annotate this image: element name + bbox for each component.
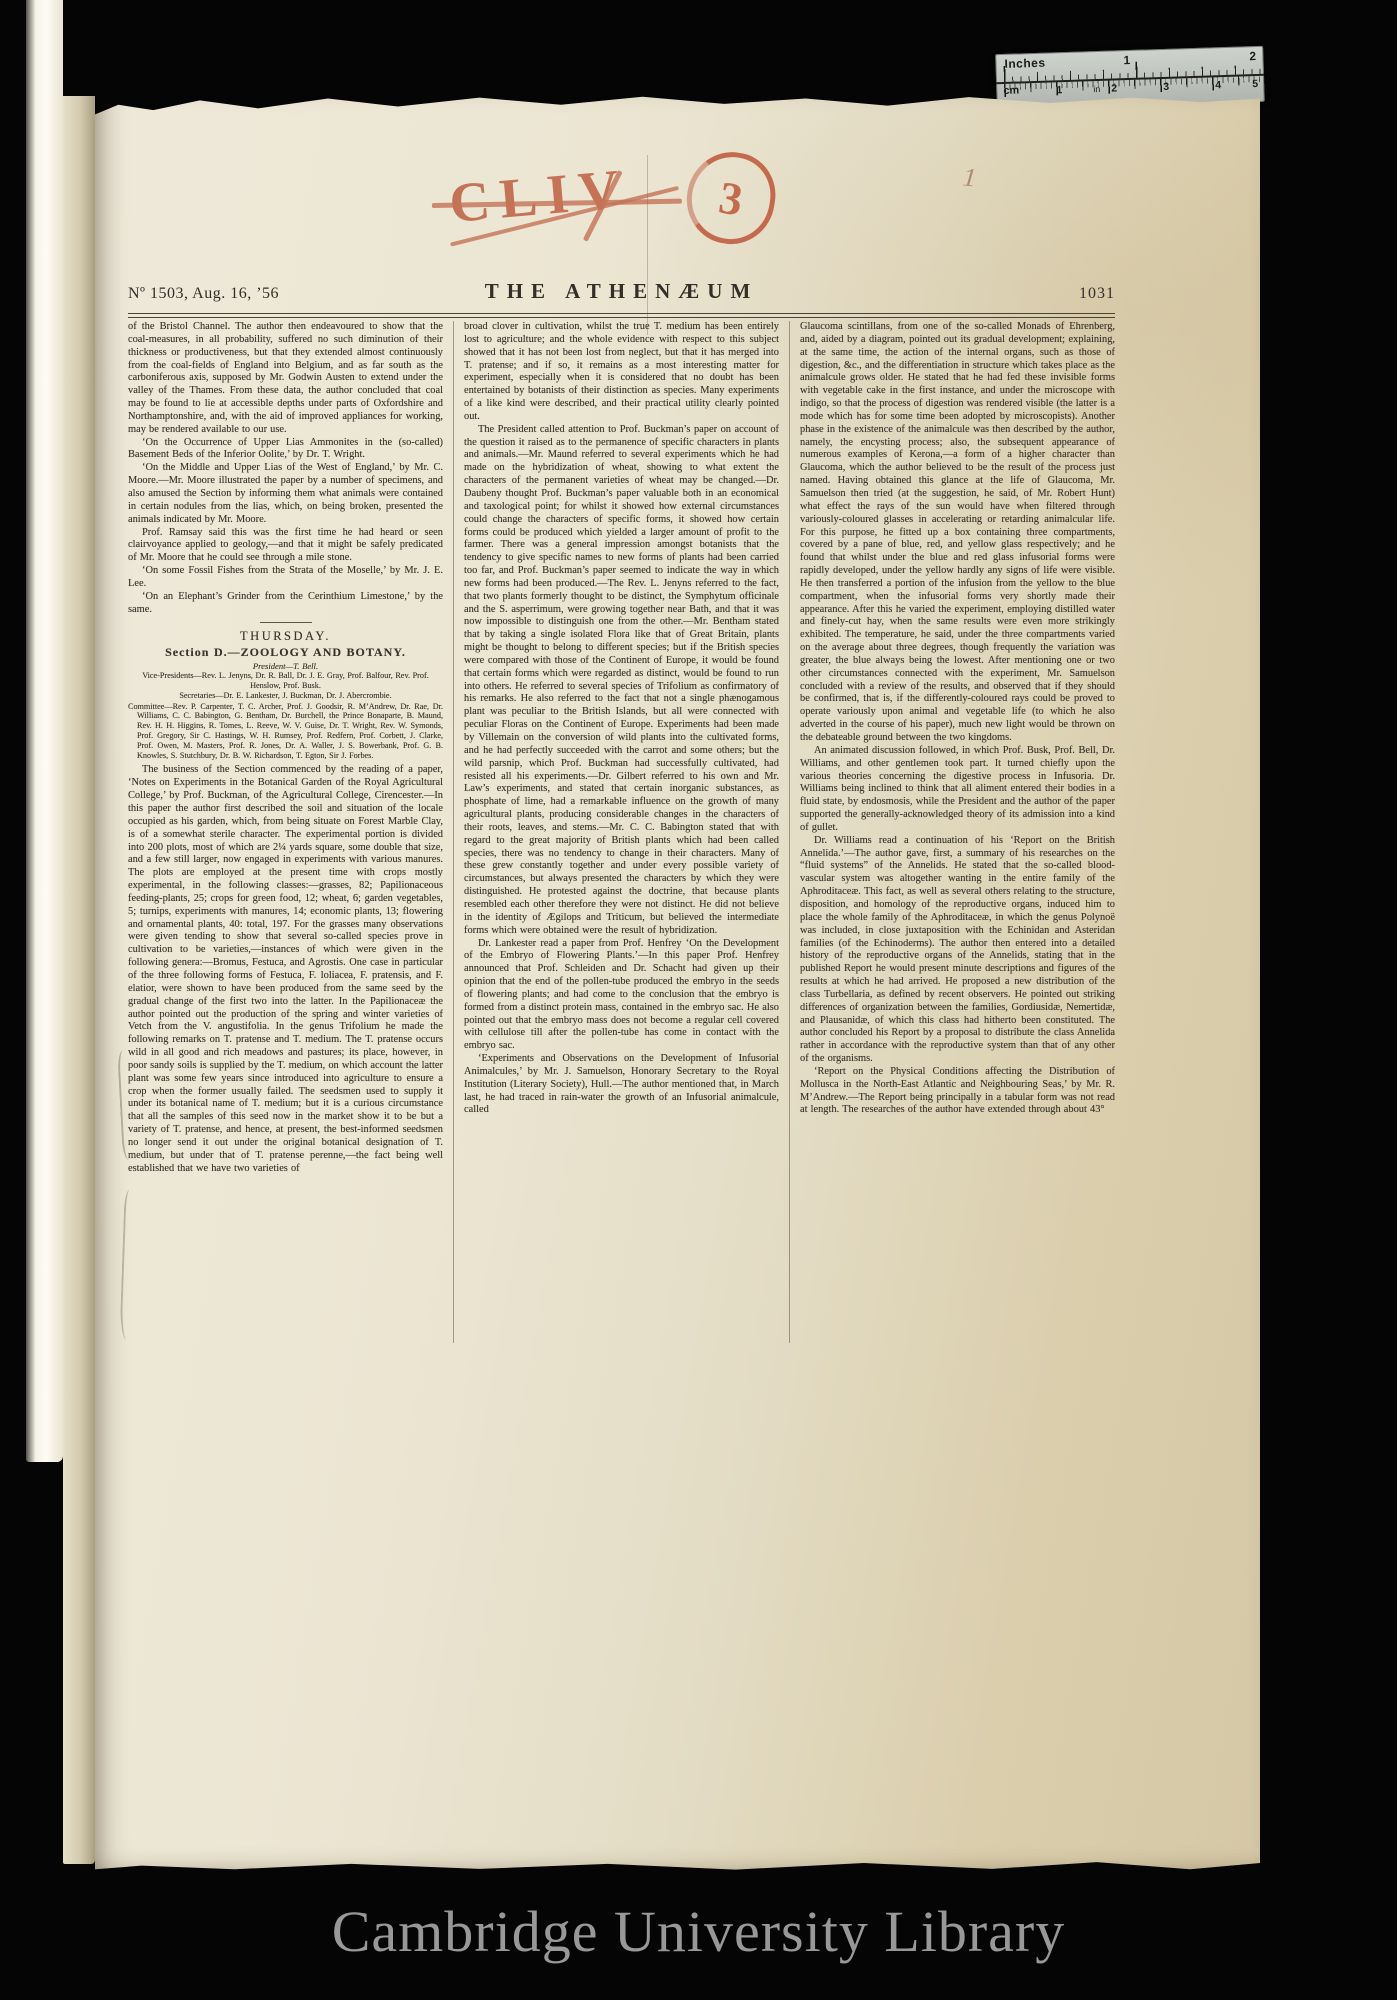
book-fore-edge-outer xyxy=(26,0,63,1462)
column-3: Glaucoma scintillans, from one of the so… xyxy=(790,321,1115,1343)
paragraph: of the Bristol Channel. The author then … xyxy=(128,321,443,437)
circled-number-annotation: 3 xyxy=(680,146,781,251)
paragraph: Glaucoma scintillans, from one of the so… xyxy=(800,321,1115,745)
paragraph: Dr. Lankester read a paper from Prof. He… xyxy=(464,938,779,1054)
column-1: of the Bristol Channel. The author then … xyxy=(128,321,454,1343)
paragraph: ‘On some Fossil Fishes from the Strata o… xyxy=(128,565,443,591)
page-number: 1031 xyxy=(1079,285,1115,303)
circled-number-text: 3 xyxy=(715,170,746,226)
session-day: THURSDAY. xyxy=(128,630,443,643)
library-watermark: Cambridge University Library xyxy=(0,1898,1397,1965)
session-rule xyxy=(260,622,312,623)
column-2: broad clover in cultivation, whilst the … xyxy=(454,321,790,1343)
paragraph: The business of the Section commenced by… xyxy=(128,764,443,1175)
paragraph: ‘Experiments and Observations on the Dev… xyxy=(464,1053,779,1117)
paragraph: Prof. Ramsay said this was the first tim… xyxy=(128,527,443,566)
session-vice-presidents: Vice-Presidents—Rev. L. Jenyns, Dr. R. B… xyxy=(128,671,443,691)
masthead-rule xyxy=(128,313,1115,318)
paragraph: An animated discussion followed, in whic… xyxy=(800,745,1115,835)
session-title: Section D.—ZOOLOGY AND BOTANY. xyxy=(128,646,443,659)
paragraph: ‘Report on the Physical Conditions affec… xyxy=(800,1066,1115,1117)
session-secretaries: Secretaries—Dr. E. Lankester, J. Buckman… xyxy=(128,691,443,701)
ruler-inch-number: 2 xyxy=(1249,49,1256,63)
paragraph: ‘On the Occurrence of Upper Lias Ammonit… xyxy=(128,437,443,463)
paragraph: broad clover in cultivation, whilst the … xyxy=(464,321,779,424)
ruler-cm-number: 2 xyxy=(1111,82,1117,94)
paragraph: ‘On an Elephant’s Grinder from the Cerin… xyxy=(128,591,443,617)
scanned-page: CLIV 3 1 Nº 1503, Aug. 16, ’56 THE ATHEN… xyxy=(95,95,1260,1871)
paragraph: ‘On the Middle and Upper Lias of the Wes… xyxy=(128,462,443,526)
paper-title: THE ATHENÆUM xyxy=(128,279,1115,304)
ruler-inches-label: Inches xyxy=(1004,56,1045,71)
session-president: President—T. Bell. xyxy=(128,661,443,671)
book-fore-edge-inner xyxy=(63,96,95,1864)
ruler-cm-number: 3 xyxy=(1163,81,1169,93)
ruler-cm-number: 4 xyxy=(1215,79,1221,91)
paragraph: The President called attention to Prof. … xyxy=(464,424,779,938)
ruler-in-label: in xyxy=(1093,84,1100,94)
masthead: Nº 1503, Aug. 16, ’56 THE ATHENÆUM 1031 xyxy=(128,279,1115,309)
corner-pencil-mark: 1 xyxy=(961,162,977,193)
article-columns: of the Bristol Channel. The author then … xyxy=(128,321,1115,1343)
ruler-cm-number: 1 xyxy=(1056,84,1062,96)
ruler-cm-number: 5 xyxy=(1252,78,1258,90)
session-heading-block: THURSDAY. Section D.—ZOOLOGY AND BOTANY.… xyxy=(128,622,443,760)
session-committee: Committee—Rev. P. Carpenter, T. C. Arche… xyxy=(128,702,443,761)
ruler-cm-label: cm xyxy=(1003,84,1019,96)
crossed-out-numeral-annotation: CLIV xyxy=(447,154,664,256)
paragraph: Dr. Williams read a continuation of his … xyxy=(800,835,1115,1066)
ruler-inch-number: 1 xyxy=(1123,53,1130,67)
